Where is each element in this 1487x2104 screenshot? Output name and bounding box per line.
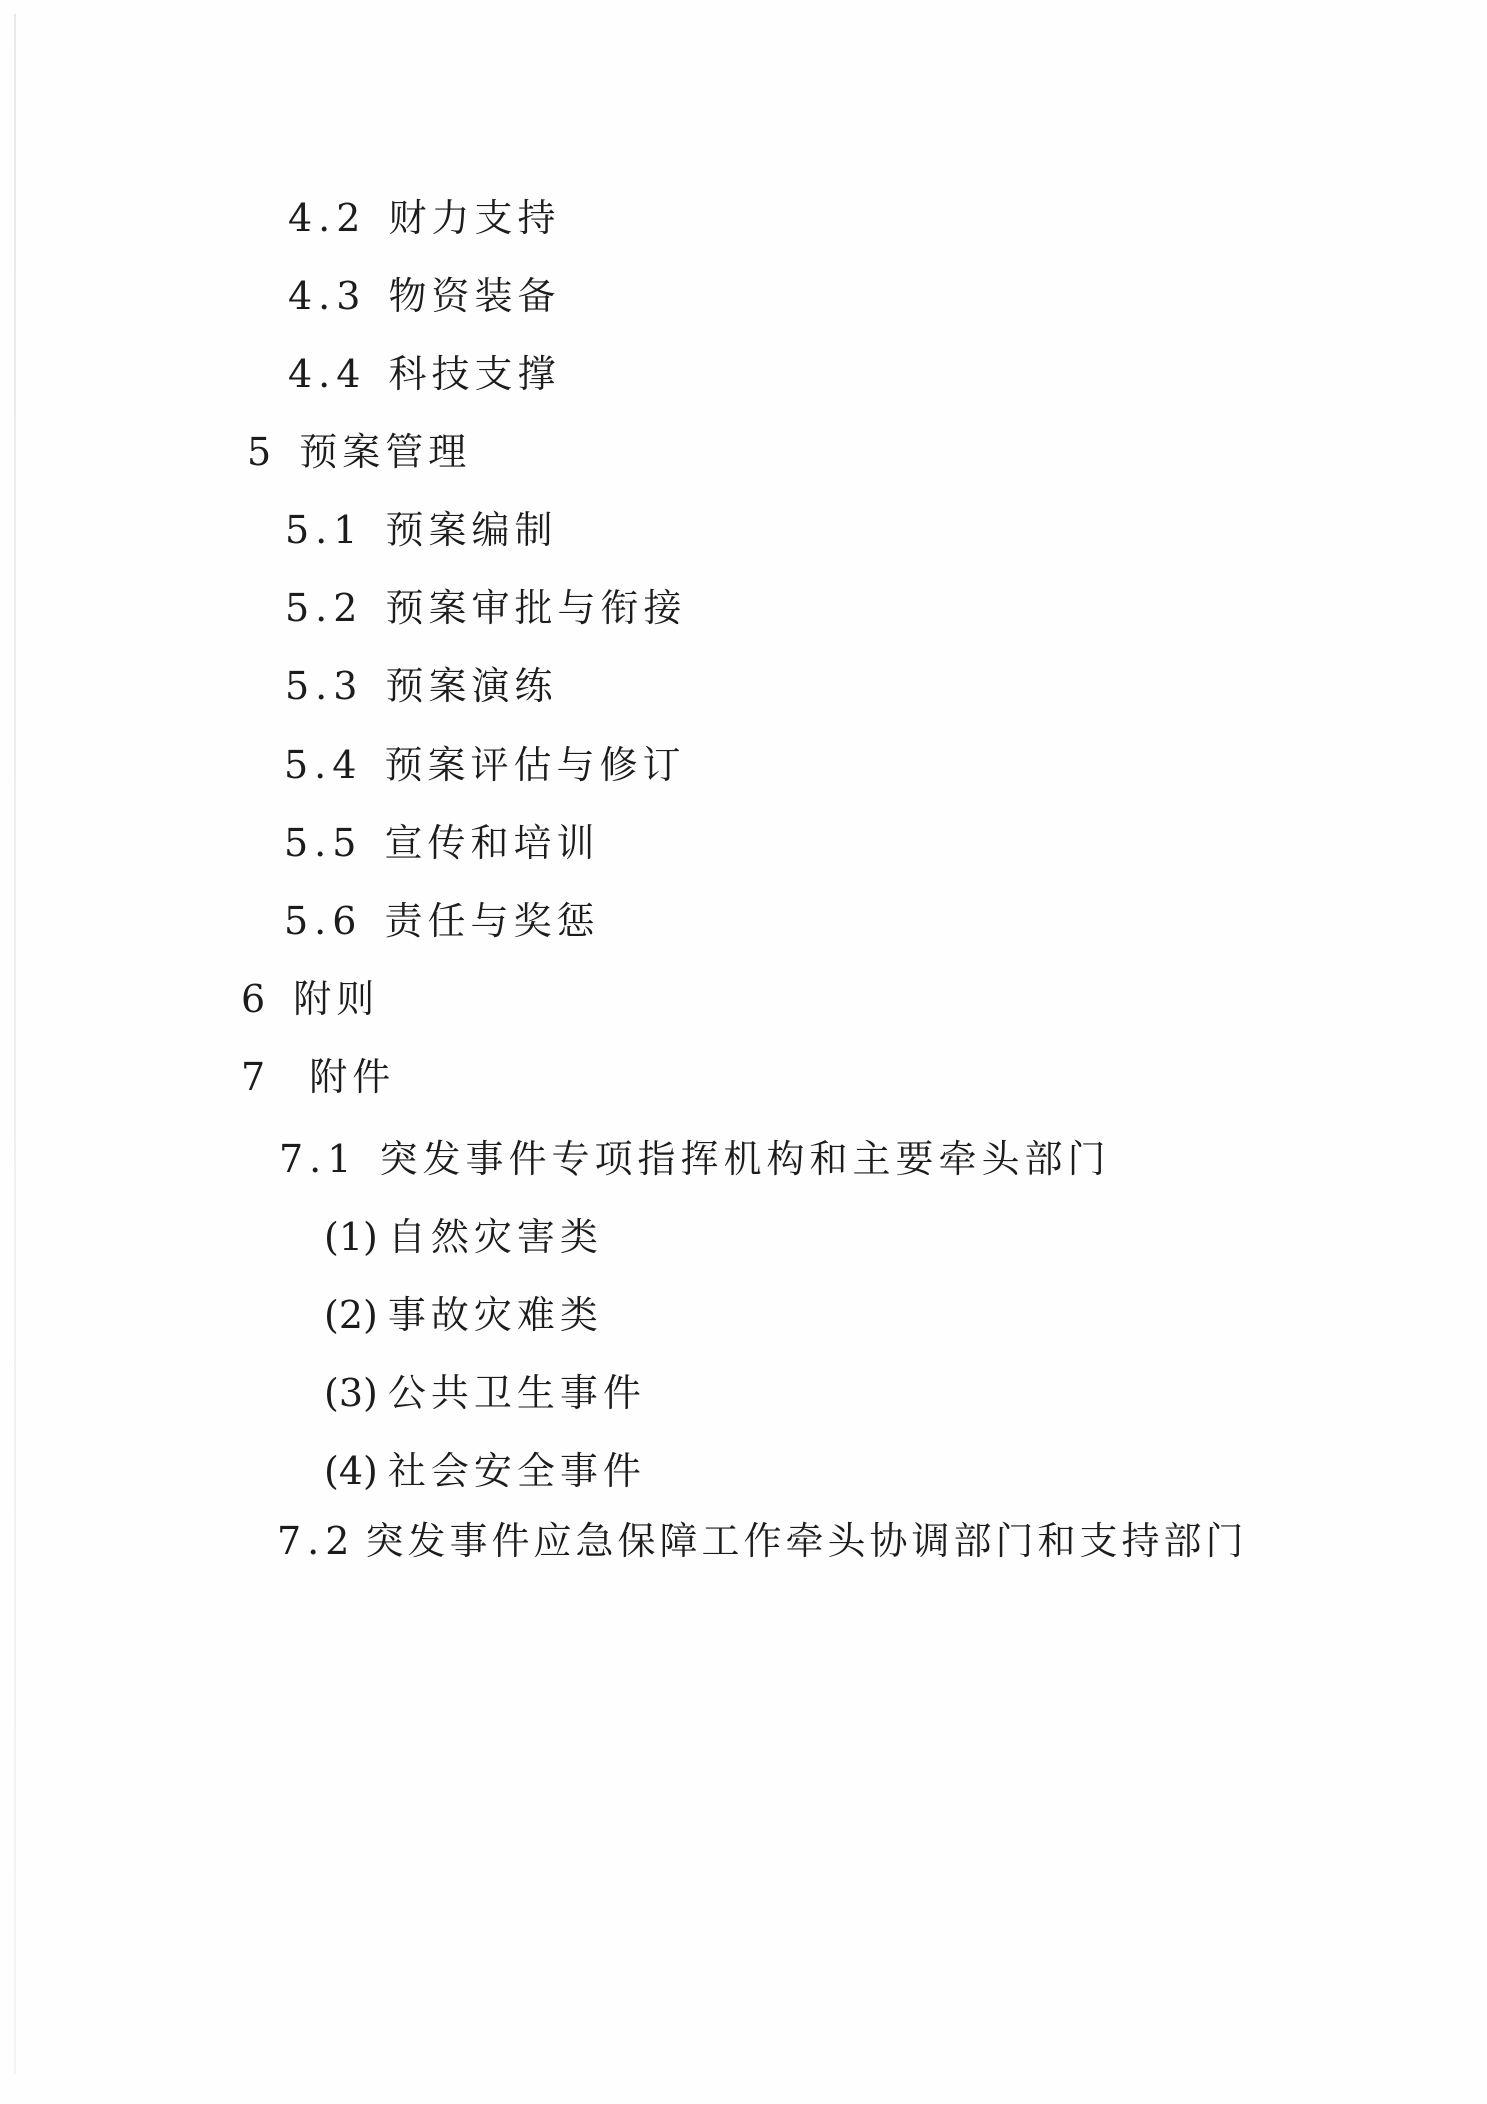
toc-entry-5-3: 5.3 预案演练: [285, 664, 557, 708]
toc-entry-5-5: 5.5 宣传和培训: [284, 821, 599, 865]
toc-number: 5.4: [284, 743, 362, 787]
toc-title: 附件: [309, 1055, 395, 1099]
toc-entry-7: 7 附件: [241, 1055, 395, 1099]
toc-number: 5.2: [285, 586, 363, 630]
toc-number: 5.3: [285, 664, 363, 708]
toc-title: 社会安全事件: [388, 1449, 646, 1493]
toc-title: 宣传和培训: [384, 821, 599, 865]
toc-title: 财力支持: [388, 196, 560, 240]
toc-number: 5.1: [285, 508, 363, 552]
toc-entry-5-6: 5.6 责任与奖惩: [284, 899, 599, 943]
toc-number: 4.2: [288, 196, 366, 240]
toc-title: 事故灾难类: [388, 1293, 603, 1337]
toc-number: 5.6: [284, 899, 362, 943]
toc-entry-7-1-3: (3) 公共卫生事件: [324, 1371, 646, 1415]
toc-entry-4-4: 4.4 科技支撑: [288, 352, 560, 396]
toc-number: (4): [324, 1449, 378, 1493]
toc-title: 预案审批与衔接: [385, 586, 686, 630]
toc-entry-7-1-1: (1) 自然灾害类: [324, 1215, 603, 1259]
toc-title: 附则: [293, 977, 379, 1021]
toc-title: 预案编制: [385, 508, 557, 552]
toc-number: 4.3: [288, 274, 366, 318]
toc-entry-6: 6 附则: [241, 977, 379, 1021]
toc-number: 7.1: [279, 1137, 357, 1181]
scan-edge-line: [14, 14, 16, 2074]
toc-title: 预案管理: [299, 430, 471, 474]
toc-number: 5: [247, 430, 277, 474]
toc-number: 7: [241, 1055, 271, 1099]
toc-title: 公共卫生事件: [388, 1371, 646, 1415]
toc-title: 预案演练: [385, 664, 557, 708]
toc-entry-7-2: 7.2 突发事件应急保障工作牵头协调部门和支持部门: [277, 1519, 1247, 1563]
toc-entry-7-1: 7.1 突发事件专项指挥机构和主要牵头部门: [279, 1137, 1110, 1181]
toc-entry-5-4: 5.4 预案评估与修订: [284, 743, 685, 787]
toc-entry-4-2: 4.2 财力支持: [288, 196, 560, 240]
toc-number: (1): [324, 1215, 378, 1259]
toc-title: 突发事件专项指挥机构和主要牵头部门: [379, 1137, 1110, 1181]
toc-number: (2): [324, 1293, 378, 1337]
toc-title: 责任与奖惩: [384, 899, 599, 943]
toc-number: 4.4: [288, 352, 366, 396]
toc-entry-5-2: 5.2 预案审批与衔接: [285, 586, 686, 630]
toc-entry-7-1-2: (2) 事故灾难类: [324, 1293, 603, 1337]
toc-number: 6: [241, 977, 271, 1021]
toc-title: 物资装备: [388, 274, 560, 318]
toc-number: (3): [324, 1371, 378, 1415]
toc-number: 7.2: [277, 1519, 355, 1563]
toc-entry-5-1: 5.1 预案编制: [285, 508, 557, 552]
toc-title: 科技支撑: [388, 352, 560, 396]
toc-title: 突发事件应急保障工作牵头协调部门和支持部门: [365, 1519, 1247, 1563]
toc-title: 预案评估与修订: [384, 743, 685, 787]
toc-entry-4-3: 4.3 物资装备: [288, 274, 560, 318]
toc-entry-7-1-4: (4) 社会安全事件: [324, 1449, 646, 1493]
toc-number: 5.5: [284, 821, 362, 865]
toc-title: 自然灾害类: [388, 1215, 603, 1259]
toc-entry-5: 5 预案管理: [247, 430, 471, 474]
